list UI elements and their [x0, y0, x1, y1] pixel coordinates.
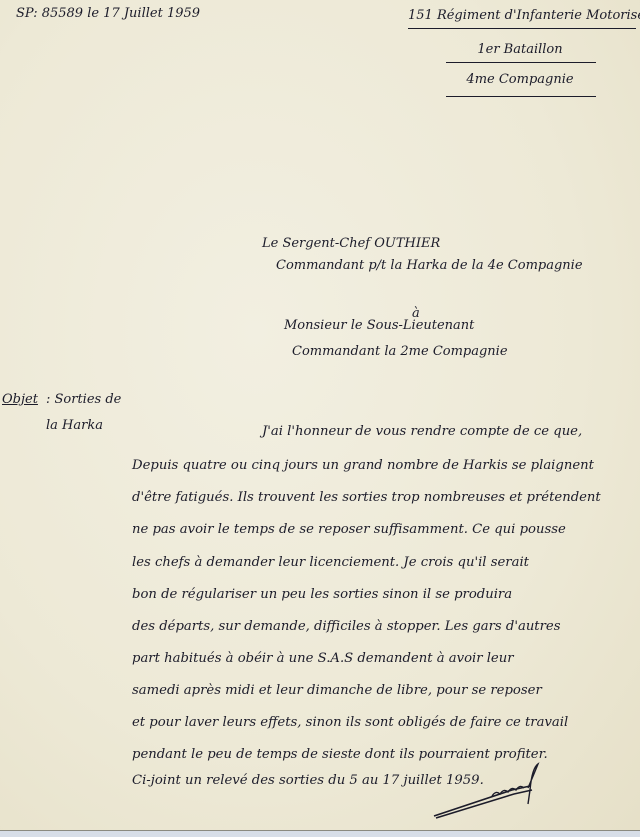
scan-bottom-edge: [0, 830, 640, 837]
signature-mark: [432, 760, 542, 820]
battalion-heading: 1er Bataillon: [450, 42, 590, 57]
company-heading: 4me Compagnie: [450, 72, 590, 87]
recipient-line-1: Monsieur le Sous-Lieutenant: [284, 318, 474, 333]
body-line: Depuis quatre ou cinq jours un grand nom…: [132, 458, 594, 473]
body-line: bon de régulariser un peu les sorties si…: [132, 587, 512, 602]
body-line: ne pas avoir le temps de se reposer suff…: [132, 522, 566, 537]
sender-line-1: Le Sergent-Chef OUTHIER: [262, 236, 440, 251]
subject-label: Objet: [2, 392, 38, 407]
body-line: Ci-joint un relevé des sorties du 5 au 1…: [132, 773, 484, 788]
body-line: les chefs à demander leur licenciement. …: [132, 555, 529, 570]
body-line: part habitués à obéir à une S.A.S demand…: [132, 651, 514, 666]
body-line: J'ai l'honneur de vous rendre compte de …: [262, 424, 582, 439]
letter-page: SP: 85589 le 17 Juillet 1959 151 Régimen…: [0, 0, 640, 830]
body-line: et pour laver leurs effets, sinon ils so…: [132, 715, 568, 730]
battalion-underline: [446, 62, 596, 63]
body-line: samedi après midi et leur dimanche de li…: [132, 683, 542, 698]
regiment-heading: 151 Régiment d'Infanterie Motorisée: [408, 8, 636, 23]
subject-line-1: : Sorties de: [46, 392, 121, 407]
body-line: des départs, sur demande, difficiles à s…: [132, 619, 560, 634]
subject-line-2: la Harka: [46, 418, 103, 433]
body-line: d'être fatigués. Ils trouvent les sortie…: [132, 490, 601, 505]
recipient-line-2: Commandant la 2me Compagnie: [292, 344, 508, 359]
reference-and-date: SP: 85589 le 17 Juillet 1959: [16, 6, 200, 21]
regiment-underline: [408, 28, 636, 29]
company-underline: [446, 96, 596, 97]
sender-line-2: Commandant p/t la Harka de la 4e Compagn…: [276, 258, 583, 273]
